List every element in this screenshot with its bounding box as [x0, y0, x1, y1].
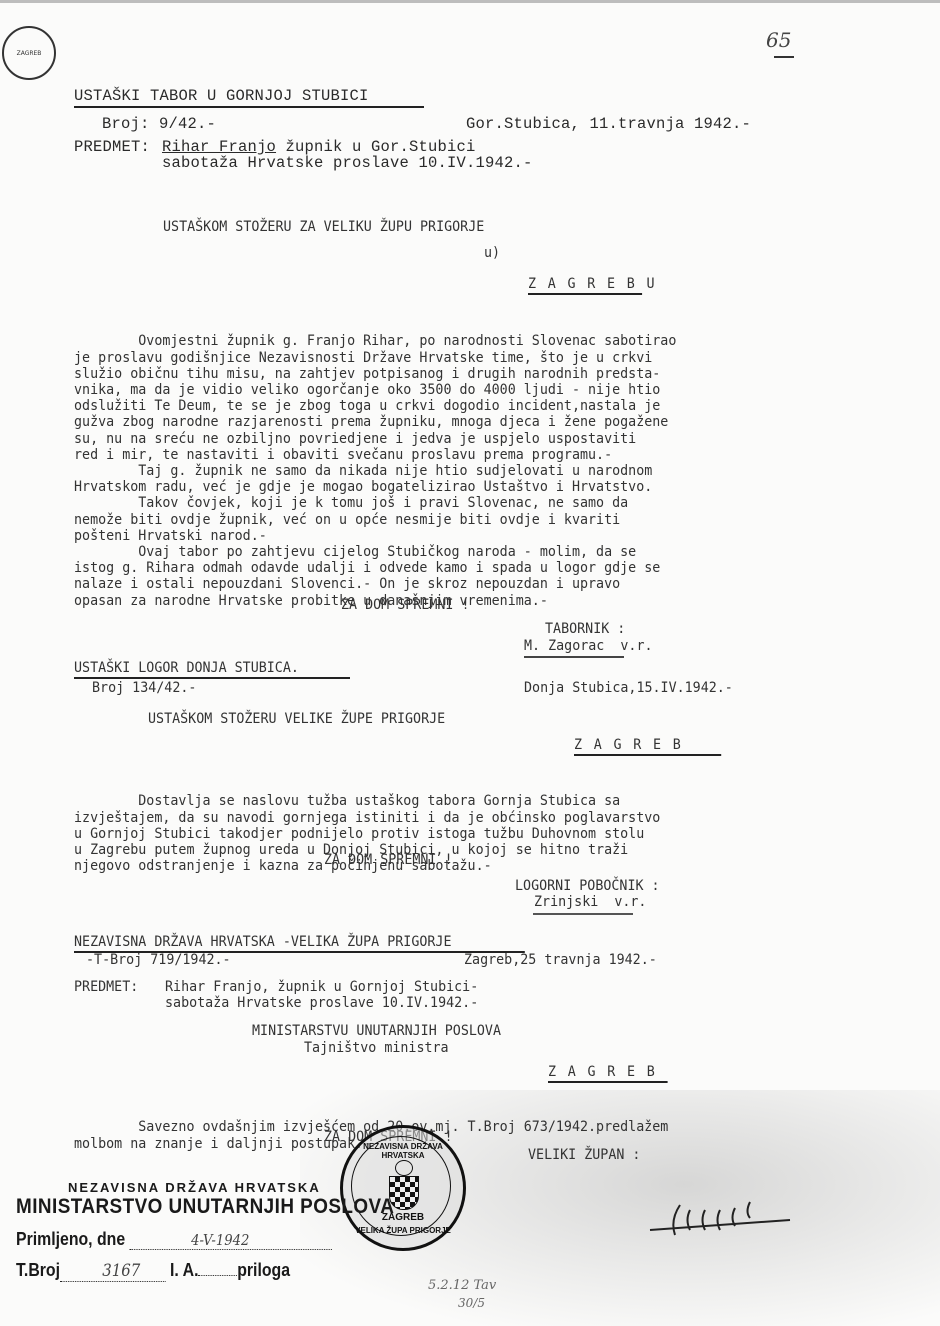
- letter1-recipient-prep: u): [484, 245, 500, 261]
- receipt-number-row: T.Broj3167 I. A.priloga: [16, 1260, 386, 1282]
- body-line: nemože biti ovdje župnik, već on u opće …: [74, 512, 676, 528]
- letter3-subject-line2: sabotaža Hrvatske proslave 10.IV.1942.-: [165, 995, 478, 1011]
- letter3-subject-line1: Rihar Franjo, župnik u Gornjoj Stubici-: [165, 979, 478, 995]
- receipt-attachments-label: priloga: [237, 1260, 290, 1280]
- body-line: služio običnu tihu misu, na zahtjev potp…: [74, 366, 676, 382]
- letter1-signer-name: M. Zagorac v.r.: [524, 638, 653, 654]
- seal-crown-icon: [395, 1160, 413, 1176]
- body-line: red i mir, te nastaviti i obaviti svečan…: [74, 447, 676, 463]
- letter3-place-date: Zagreb,25 travnja 1942.-: [464, 952, 657, 968]
- page-number-handwritten: 65: [766, 28, 791, 52]
- body-line: je proslavu godišnjice Nezavisnosti Drža…: [74, 350, 676, 366]
- receipt-received-value: 4-V-1942: [130, 1231, 332, 1250]
- seal-top-text: NEZAVISNA DRŽAVA HRVATSKA: [343, 1142, 463, 1160]
- receipt-received-label: Primljeno, dne: [16, 1229, 125, 1249]
- body-line: Takov čovjek, koji je k tomu još i pravi…: [74, 495, 676, 511]
- letter3-recipient-dept: Tajništvo ministra: [304, 1040, 449, 1056]
- scanned-document-page: ZAGREB 65 USTAŠKI TABOR U GORNJOJ STUBIC…: [0, 0, 940, 1326]
- body-line: pošteni Hrvatski narod.-: [74, 528, 676, 544]
- letter1-recipient-city: Z A G R E B U: [528, 276, 642, 295]
- letter2-signature-line: [533, 913, 633, 915]
- letter1-signature-line: [524, 656, 624, 658]
- archive-stamp-city: ZAGREB: [17, 50, 42, 57]
- letter2-sender: USTAŠKI LOGOR DONJA STUBICA.: [74, 660, 350, 679]
- receipt-stamp-state: NEZAVISNA DRŽAVA HRVATSKA: [68, 1180, 436, 1195]
- body-line: Ovomjestni župnik g. Franjo Rihar, po na…: [74, 333, 676, 349]
- letter1-place-date: Gor.Stubica, 11.travnja 1942.-: [466, 116, 751, 133]
- body-line: Ovaj tabor po zahtjevu cijelog Stubičkog…: [74, 544, 676, 560]
- handwritten-note-1: 5.2.12 Tav: [428, 1278, 496, 1293]
- body-line: odslužiti Te Deum, te se je zbog toga u …: [74, 398, 676, 414]
- letter1-signer-title: TABORNIK :: [545, 621, 625, 637]
- letter2-place-date: Donja Stubica,15.IV.1942.-: [524, 680, 733, 696]
- body-line: u Gornjoj Stubici takodjer podnijelo pro…: [74, 826, 660, 842]
- letter3-signer-title: VELIKI ŽUPAN :: [528, 1147, 640, 1163]
- receipt-ia-value: [198, 1275, 237, 1276]
- body-line: Dostavlja se naslovu tužba ustaškog tabo…: [74, 793, 660, 809]
- receipt-number-value: 3167: [60, 1261, 166, 1282]
- letter3-recipient: MINISTARSTVU UNUTARNJIH POSLOVA: [252, 1023, 501, 1039]
- letter2-recipient: USTAŠKOM STOŽERU VELIKE ŽUPE PRIGORJE: [148, 711, 445, 727]
- receipt-ia-label: I. A.: [170, 1260, 198, 1280]
- body-line: istog g. Rihara odmah odavde udalji i od…: [74, 560, 676, 576]
- handwritten-note-2: 30/5: [458, 1296, 485, 1310]
- archive-stamp: ZAGREB: [2, 26, 56, 80]
- letter1-body: Ovomjestni župnik g. Franjo Rihar, po na…: [74, 301, 676, 641]
- letter1-number: Broj: 9/42.-: [102, 116, 216, 133]
- receipt-received-row: Primljeno, dne 4-V-1942: [16, 1229, 386, 1250]
- letter1-subject-label: PREDMET:: [74, 139, 150, 156]
- letter3-sender: NEZAVISNA DRŽAVA HRVATSKA -VELIKA ŽUPA P…: [74, 934, 525, 953]
- signature-scribble: [590, 1180, 820, 1260]
- body-line: izvještajem, da su navodi gornjega istin…: [74, 810, 660, 826]
- receipt-stamp-ministry: MINISTARSTVO UNUTARNJIH POSLOVA: [16, 1195, 394, 1219]
- page-number-underline: [774, 56, 794, 58]
- letter2-salute: ZA DOM SPREMNI !: [324, 852, 453, 868]
- body-line: Hrvatskom radu, već je gdje je mogao bog…: [74, 479, 676, 495]
- body-line: Taj g. župnik ne samo da nikada nije hti…: [74, 463, 676, 479]
- letter1-body-lines: Ovomjestni župnik g. Franjo Rihar, po na…: [74, 333, 676, 608]
- body-line: gužva zbog narodne razjarenosti prema žu…: [74, 414, 676, 430]
- letter3-subject-label: PREDMET:: [74, 979, 138, 995]
- letter2-recipient-city: Z A G R E B: [574, 737, 721, 756]
- letter1-recipient: USTAŠKOM STOŽERU ZA VELIKU ŽUPU PRIGORJE: [163, 219, 484, 235]
- letter1-subject-line2: sabotaža Hrvatske proslave 10.IV.1942.-: [162, 155, 533, 172]
- receipt-number-label: T.Broj: [16, 1260, 60, 1280]
- letter1-sender: USTAŠKI TABOR U GORNJOJ STUBICI: [74, 88, 424, 108]
- letter3-recipient-city: Z A G R E B: [548, 1064, 668, 1083]
- scan-edge: [0, 0, 940, 3]
- letter2-number: Broj 134/42.-: [92, 680, 196, 696]
- letter3-number: -T-Broj 719/1942.-: [86, 952, 231, 968]
- receipt-stamp: NEZAVISNA DRŽAVA HRVATSKA MINISTARSTVO U…: [16, 1180, 436, 1282]
- body-line: nalaze i ostali nepouzdani Slovenci.- On…: [74, 576, 676, 592]
- letter2-signer-name: Zrinjski v.r.: [534, 894, 646, 910]
- body-line: su, nu na sreću ne ozbiljno povriedjene …: [74, 431, 676, 447]
- body-line: vnika, ma da je vidio veliko ogorčanje o…: [74, 382, 676, 398]
- letter1-salute: ZA DOM SPREMNI !: [341, 597, 470, 613]
- letter2-signer-title: LOGORNI POBOČNIK :: [515, 878, 660, 894]
